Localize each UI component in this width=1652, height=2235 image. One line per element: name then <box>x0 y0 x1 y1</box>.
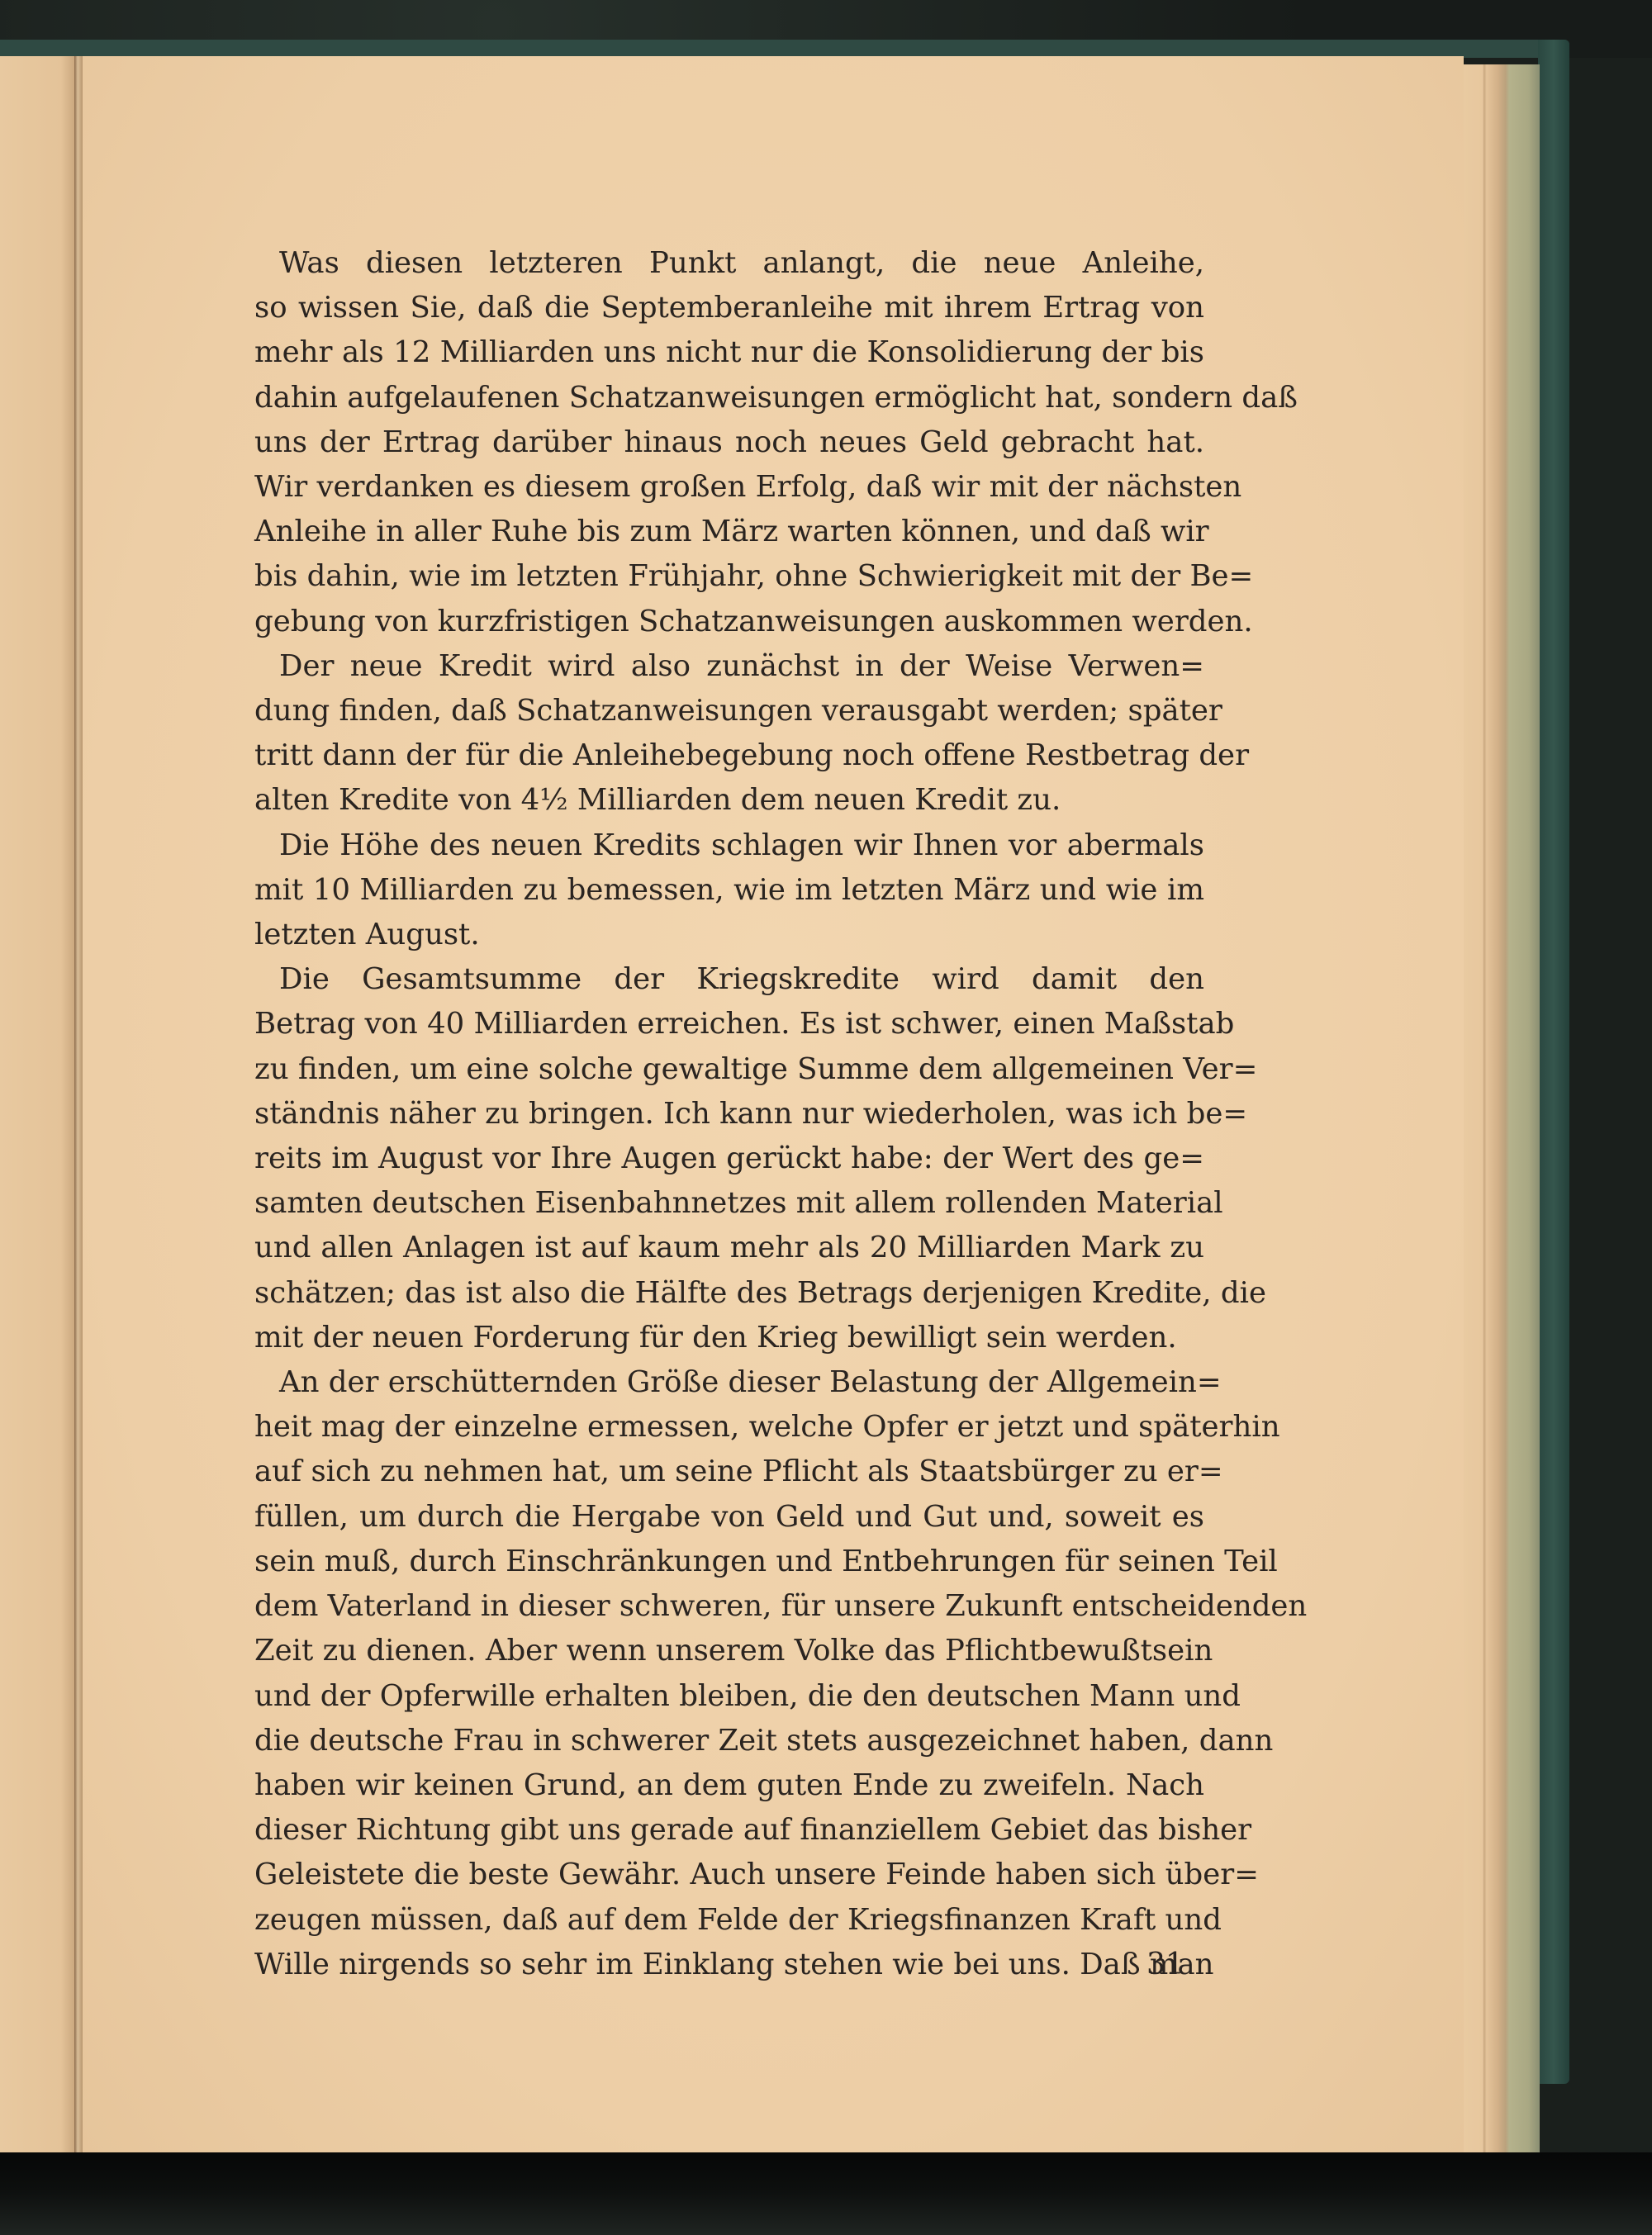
text-line: gebung von kurzfristigen Schatzanweisung… <box>254 600 1204 644</box>
paragraph-4: Die Gesamtsumme der Kriegskredite wird d… <box>254 957 1204 1360</box>
text-line: füllen, um durch die Hergabe von Geld un… <box>254 1495 1204 1540</box>
text-line: ständnis näher zu bringen. Ich kann nur … <box>254 1092 1204 1136</box>
text-line: dung finden, daß Schatzanweisungen verau… <box>254 689 1204 733</box>
text-line: dem Vaterland in dieser schweren, für un… <box>254 1584 1204 1629</box>
text-line: letzten August. <box>254 913 1204 957</box>
paragraph-2: Der neue Kredit wird also zunächst in de… <box>254 644 1204 823</box>
text-line: haben wir keinen Grund, an dem guten End… <box>254 1763 1204 1808</box>
text-line: auf sich zu nehmen hat, um seine Pflicht… <box>254 1450 1204 1494</box>
book-cover-spine-edge <box>1538 40 1569 2084</box>
paragraph-1: Was diesen letzteren Punkt anlangt, die … <box>254 241 1204 644</box>
text-line: tritt dann der für die Anleihebegebung n… <box>254 733 1204 778</box>
book-cover-edge-top <box>0 40 1569 58</box>
text-line: samten deutschen Eisenbahnnetzes mit all… <box>254 1181 1204 1226</box>
page-stack-edges <box>1464 64 1540 2154</box>
text-line: An der erschütternden Größe dieser Belas… <box>254 1360 1204 1405</box>
page-body-text: Was diesen letzteren Punkt anlangt, die … <box>254 241 1204 1987</box>
text-line: Die Höhe des neuen Kredits schlagen wir … <box>254 823 1204 868</box>
facing-page-edge <box>0 56 76 2154</box>
text-line: die deutsche Frau in schwerer Zeit stets… <box>254 1719 1204 1763</box>
paragraph-5: An der erschütternden Größe dieser Belas… <box>254 1360 1204 1987</box>
text-line: bis dahin, wie im letzten Frühjahr, ohne… <box>254 554 1204 599</box>
text-line: Geleistete die beste Gewähr. Auch unsere… <box>254 1853 1204 1897</box>
text-line: alten Kredite von 4½ Milliarden dem neue… <box>254 778 1204 823</box>
text-line: dieser Richtung gibt uns gerade auf fina… <box>254 1808 1204 1853</box>
text-line: mit der neuen Forderung für den Krieg be… <box>254 1316 1204 1360</box>
book-gutter <box>74 56 83 2154</box>
text-line: Betrag von 40 Milliarden erreichen. Es i… <box>254 1002 1204 1046</box>
page-number: 31 <box>1146 1948 1184 1981</box>
text-line: Der neue Kredit wird also zunächst in de… <box>254 644 1204 689</box>
text-line: Anleihe in aller Ruhe bis zum März warte… <box>254 510 1204 554</box>
text-line: und der Opferwille erhalten bleiben, die… <box>254 1674 1204 1719</box>
text-line: sein muß, durch Einschränkungen und Entb… <box>254 1540 1204 1584</box>
text-line: heit mag der einzelne ermessen, welche O… <box>254 1405 1204 1450</box>
text-line: Was diesen letzteren Punkt anlangt, die … <box>254 241 1204 286</box>
text-line: Zeit zu dienen. Aber wenn unserem Volke … <box>254 1629 1204 1673</box>
text-line: so wissen Sie, daß die Septemberanleihe … <box>254 286 1204 330</box>
text-line: zu finden, um eine solche gewaltige Summ… <box>254 1047 1204 1092</box>
text-line: Wir verdanken es diesem großen Erfolg, d… <box>254 465 1204 510</box>
text-line: dahin aufgelaufenen Schatzanweisungen er… <box>254 376 1204 420</box>
text-line: uns der Ertrag darüber hinaus noch neues… <box>254 420 1204 465</box>
text-line: und allen Anlagen ist auf kaum mehr als … <box>254 1226 1204 1270</box>
text-line: schätzen; das ist also die Hälfte des Be… <box>254 1271 1204 1316</box>
text-line: Wille nirgends so sehr im Einklang stehe… <box>254 1943 1204 1987</box>
paragraph-3: Die Höhe des neuen Kredits schlagen wir … <box>254 823 1204 958</box>
book-cover-bottom <box>0 2152 1652 2235</box>
text-line: Die Gesamtsumme der Kriegskredite wird d… <box>254 957 1204 1002</box>
text-line: zeugen müssen, daß auf dem Felde der Kri… <box>254 1898 1204 1943</box>
text-line: mehr als 12 Milliarden uns nicht nur die… <box>254 330 1204 375</box>
text-line: reits im August vor Ihre Augen gerückt h… <box>254 1136 1204 1181</box>
text-line: mit 10 Milliarden zu bemessen, wie im le… <box>254 868 1204 913</box>
